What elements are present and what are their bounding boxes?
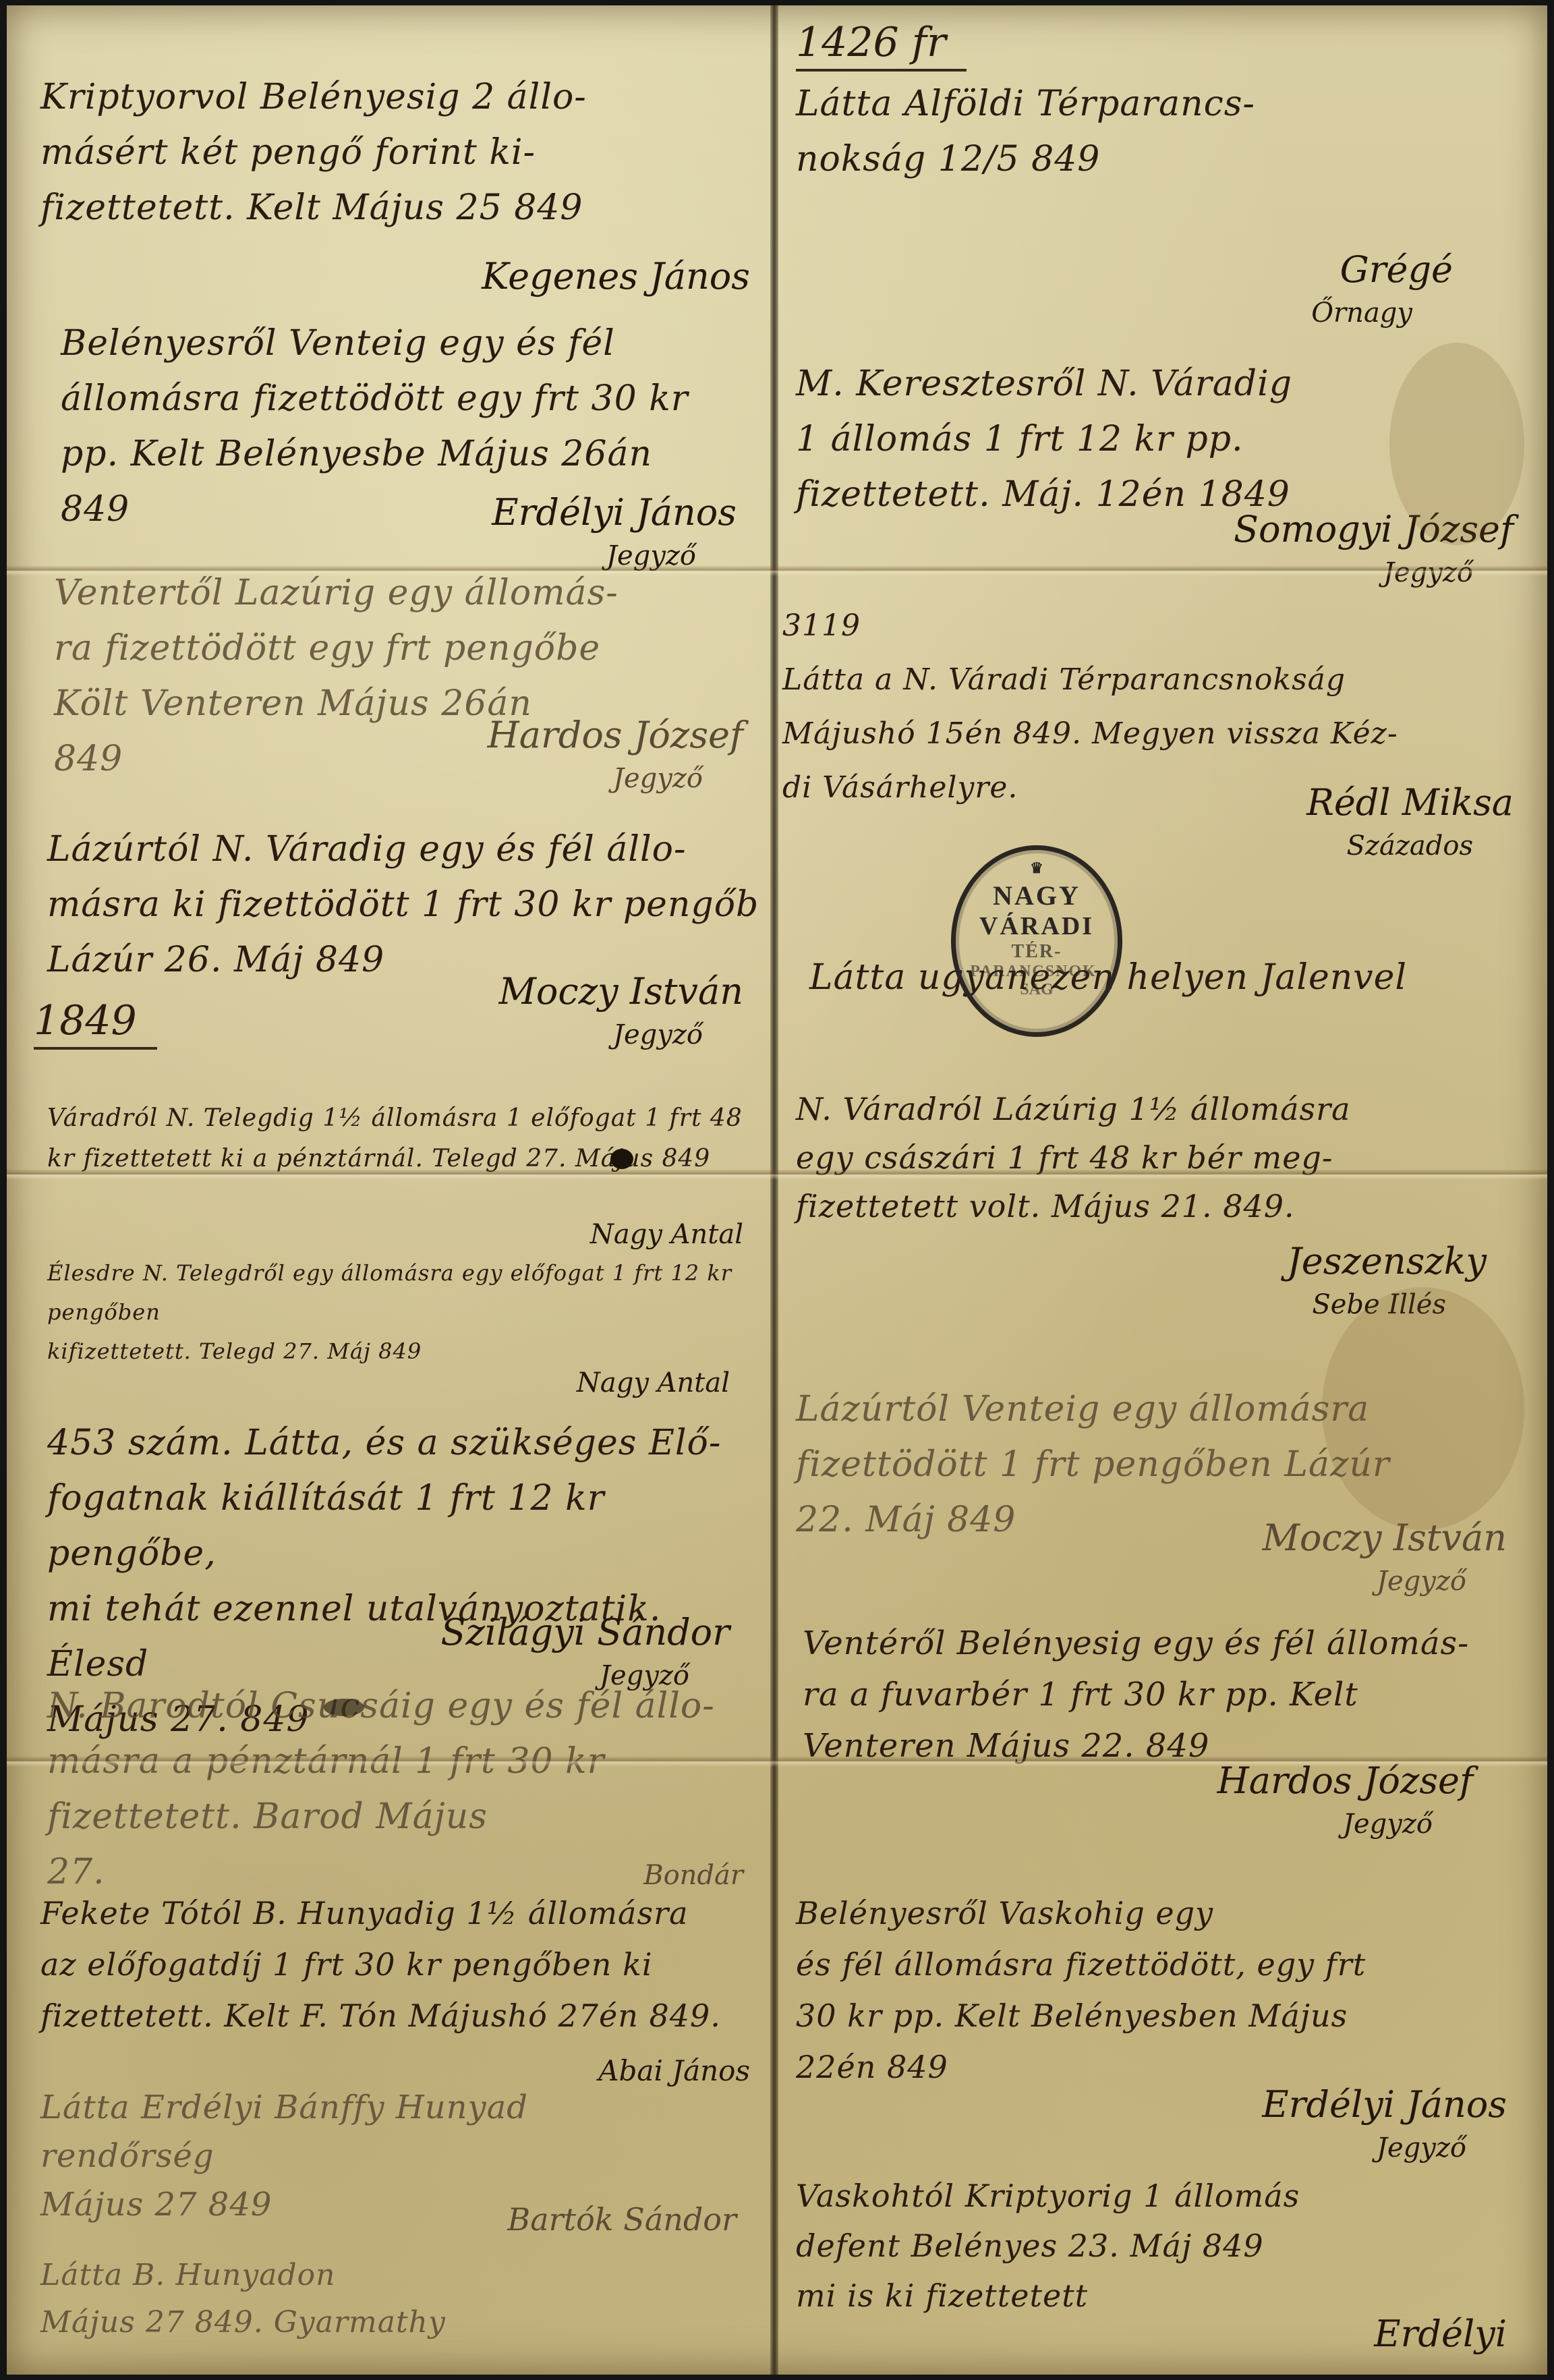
ink-blot — [610, 1149, 633, 1169]
signature: Grégé Őrnagy — [1311, 248, 1453, 335]
signature: Rédl Miksa Százados — [1306, 781, 1514, 868]
entry-text: Lázúrtól N. Váradig egy és fél állo- más… — [47, 822, 759, 988]
entry-text: Belényesről Vaskohig egy és fél állomásr… — [796, 1888, 1366, 2093]
entry-text: Vaskohtól Kriptyorig 1 állomás defent Be… — [796, 2171, 1300, 2321]
water-stain — [1322, 1287, 1524, 1530]
ink-blot — [324, 1699, 364, 1716]
year-note: 1849 — [34, 997, 157, 1050]
reference-number: 1426 fr — [796, 19, 967, 72]
signature: Erdélyi János Jegyző — [492, 491, 737, 577]
entry-text: N. Váradról Lázúrig 1½ állomásra egy csá… — [796, 1085, 1351, 1230]
entry-text: Látta Alföldi Térparancs- nokság 12/5 84… — [796, 76, 1255, 187]
entry-text: Ventéről Belényesig egy és fél állomás- … — [803, 1618, 1469, 1772]
entry-text: Látta Erdélyi Bánffy Hunyad rendőrség Má… — [40, 2083, 528, 2229]
water-stain — [1389, 343, 1524, 545]
entry-text: Kriptyorvol Belényesig 2 állo- másért ké… — [40, 69, 587, 235]
signature: Moczy István Jegyző — [499, 970, 743, 1056]
signature: Abai János — [598, 2049, 750, 2093]
signature: Bartók Sándor — [507, 2198, 737, 2241]
signature: Hardos József Jegyző — [1217, 1759, 1473, 1846]
left-page: Kriptyorvol Belényesig 2 állo- másért ké… — [7, 5, 770, 2375]
signature: Nagy Antal — [590, 1213, 743, 1256]
paper-fold — [7, 1169, 1547, 1180]
signature: Erdélyi János Jegyző — [1262, 2083, 1507, 2170]
entry-text: N. Barodtól Csucsáig egy és fél állo- má… — [47, 1678, 715, 1900]
signature: Moczy István Jegyző — [1263, 1517, 1507, 1603]
entry-text: 3119 Látta a N. Váradi Térparancsnokság … — [782, 599, 1398, 815]
entry-text: Látta B. Hunyadon Május 27 849. Gyarmath… — [40, 2252, 446, 2346]
signature: Erdélyi — [1374, 2313, 1507, 2356]
crown-icon: ♛ — [956, 859, 1118, 877]
signature: Nagy Antal — [577, 1361, 730, 1405]
official-stamp: ♛ NAGY VÁRADI TÉR- PARANCSNOK- SÁG — [951, 845, 1122, 1037]
entry-text: Élesdre N. Telegdről egy állomásra egy e… — [47, 1253, 770, 1371]
entry-text: Fekete Tótól B. Hunyadig 1½ állomásra az… — [40, 1888, 721, 2041]
signature: Hardos József Jegyző — [488, 714, 743, 800]
signature: Kegenes János — [482, 255, 750, 298]
document-sheet: Kriptyorvol Belényesig 2 állo- másért ké… — [7, 5, 1547, 2375]
entry-text: M. Keresztesről N. Váradig 1 állomás 1 f… — [796, 356, 1292, 522]
paper-fold — [7, 565, 1547, 576]
paper-fold — [7, 1756, 1547, 1767]
entry-text: Váradról N. Telegdig 1½ állomásra 1 előf… — [47, 1098, 743, 1179]
